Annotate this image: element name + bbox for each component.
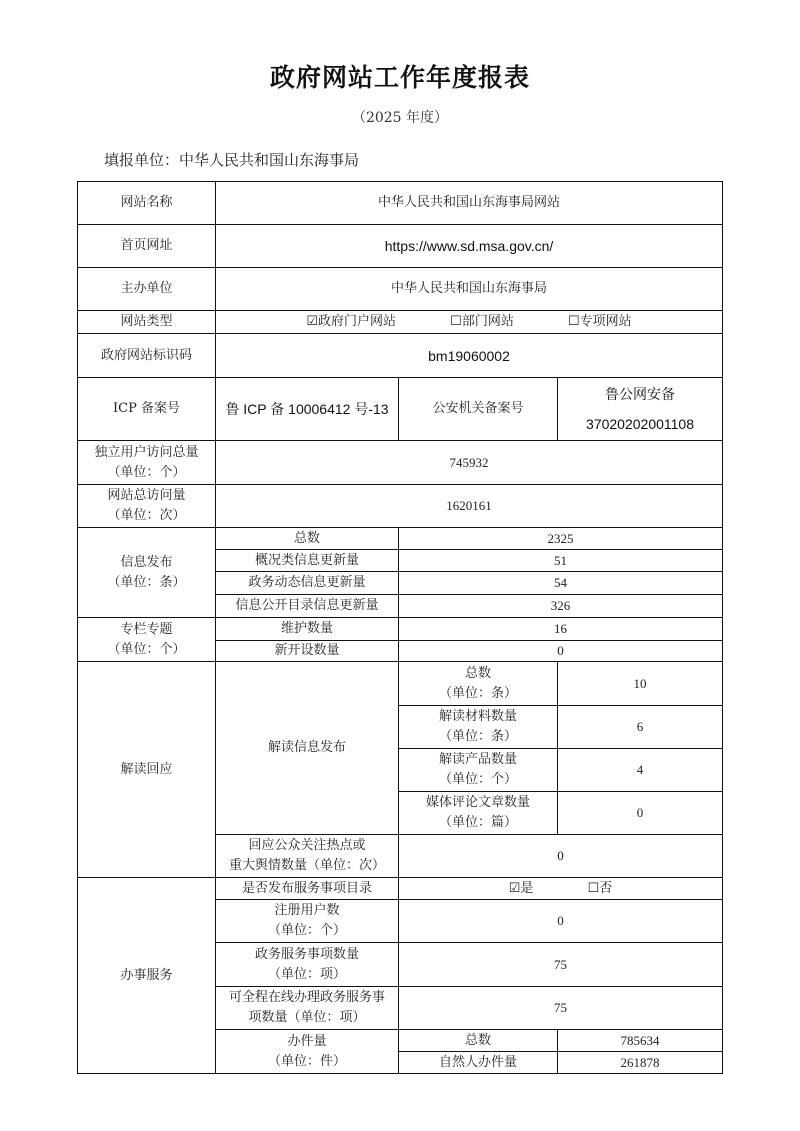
columns-row-label: 维护数量 bbox=[216, 618, 399, 641]
police-record-prefix: 鲁公网安备 bbox=[560, 379, 720, 409]
sponsor-value: 中华人民共和国山东海事局 bbox=[216, 268, 723, 311]
empty-box-icon: ☐ bbox=[588, 881, 600, 896]
info-row-label: 概况类信息更新量 bbox=[216, 550, 399, 572]
row-site-type: 网站类型 ☑政府门户网站 ☐部门网站 ☐专项网站 bbox=[78, 311, 723, 334]
service-items-value: 75 bbox=[399, 943, 723, 987]
interp-row-value: 4 bbox=[558, 749, 723, 792]
cases-row-value: 261878 bbox=[558, 1052, 723, 1074]
icp-label: ICP 备案号 bbox=[78, 378, 216, 441]
services-label: 办事服务 bbox=[78, 878, 216, 1074]
site-type-department-checkbox[interactable]: ☐部门网站 bbox=[450, 314, 514, 329]
info-row-value: 54 bbox=[399, 572, 723, 595]
homepage-label: 首页网址 bbox=[78, 225, 216, 268]
info-row-value: 51 bbox=[399, 550, 723, 572]
icp-value: 鲁 ICP 备 10006412 号-13 bbox=[216, 378, 399, 441]
interp-row-value: 6 bbox=[558, 706, 723, 749]
info-publish-label: 信息发布 （单位：条） bbox=[78, 528, 216, 618]
service-catalog-label: 是否发布服务事项目录 bbox=[216, 878, 399, 900]
interp-row-value: 10 bbox=[558, 662, 723, 706]
site-type-options: ☑政府门户网站 ☐部门网站 ☐专项网站 bbox=[216, 311, 723, 334]
info-row-label: 信息公开目录信息更新量 bbox=[216, 595, 399, 618]
registered-users-label: 注册用户数 （单位：个） bbox=[216, 900, 399, 943]
interp-row-value: 0 bbox=[558, 792, 723, 835]
online-items-value: 75 bbox=[399, 987, 723, 1030]
police-record-number: 37020202001108 bbox=[560, 409, 720, 439]
cases-row-label: 自然人办件量 bbox=[399, 1052, 558, 1074]
catalog-no-checkbox[interactable]: ☐否 bbox=[588, 881, 613, 896]
reporting-unit-line: 填报单位：中华人民共和国山东海事局 bbox=[104, 149, 359, 170]
info-row-label: 政务动态信息更新量 bbox=[216, 572, 399, 595]
site-type-special-checkbox[interactable]: ☐专项网站 bbox=[568, 314, 632, 329]
site-id-label: 政府网站标识码 bbox=[78, 334, 216, 378]
empty-box-icon: ☐ bbox=[568, 314, 580, 329]
catalog-yes-checkbox[interactable]: ☑是 bbox=[509, 881, 534, 896]
row-columns-maintained: 专栏专题 （单位：个） 维护数量 16 bbox=[78, 618, 723, 641]
sponsor-label: 主办单位 bbox=[78, 268, 216, 311]
row-site-id: 政府网站标识码 bm19060002 bbox=[78, 334, 723, 378]
row-unique-visitors: 独立用户访问总量 （单位：个） 745932 bbox=[78, 441, 723, 485]
cases-row-label: 总数 bbox=[399, 1030, 558, 1052]
info-row-value: 326 bbox=[399, 595, 723, 618]
unique-visitors-value: 745932 bbox=[216, 441, 723, 485]
columns-label: 专栏专题 （单位：个） bbox=[78, 618, 216, 662]
response-label: 回应公众关注热点或 重大舆情数量（单位：次） bbox=[216, 835, 399, 878]
interpretation-publish-label: 解读信息发布 bbox=[216, 662, 399, 835]
reporting-unit-value: 中华人民共和国山东海事局 bbox=[179, 151, 359, 169]
row-homepage: 首页网址 https://www.sd.msa.gov.cn/ bbox=[78, 225, 723, 268]
row-service-catalog: 办事服务 是否发布服务事项目录 ☑是 ☐否 bbox=[78, 878, 723, 900]
total-visits-label: 网站总访问量 （单位：次） bbox=[78, 485, 216, 528]
report-table: 网站名称 中华人民共和国山东海事局网站 首页网址 https://www.sd.… bbox=[77, 181, 723, 1074]
site-name-label: 网站名称 bbox=[78, 182, 216, 225]
cases-row-value: 785634 bbox=[558, 1030, 723, 1052]
empty-box-icon: ☐ bbox=[450, 314, 462, 329]
info-row-label: 总数 bbox=[216, 528, 399, 550]
site-type-portal-checkbox[interactable]: ☑政府门户网站 bbox=[306, 314, 396, 329]
checked-box-icon: ☑ bbox=[306, 314, 318, 329]
row-total-visits: 网站总访问量 （单位：次） 1620161 bbox=[78, 485, 723, 528]
interp-row-label: 解读材料数量 （单位：条） bbox=[399, 706, 558, 749]
homepage-value: https://www.sd.msa.gov.cn/ bbox=[216, 225, 723, 268]
row-icp: ICP 备案号 鲁 ICP 备 10006412 号-13 公安机关备案号 鲁公… bbox=[78, 378, 723, 441]
total-visits-value: 1620161 bbox=[216, 485, 723, 528]
report-title: 政府网站工作年度报表 bbox=[0, 58, 800, 94]
row-sponsor: 主办单位 中华人民共和国山东海事局 bbox=[78, 268, 723, 311]
columns-row-value: 16 bbox=[399, 618, 723, 641]
columns-row-value: 0 bbox=[399, 641, 723, 662]
interp-row-label: 总数 （单位：条） bbox=[399, 662, 558, 706]
row-interp-total: 解读回应 解读信息发布 总数 （单位：条） 10 bbox=[78, 662, 723, 706]
report-year: （2025 年度） bbox=[0, 107, 800, 127]
interp-row-label: 解读产品数量 （单位：个） bbox=[399, 749, 558, 792]
site-name-value: 中华人民共和国山东海事局网站 bbox=[216, 182, 723, 225]
response-value: 0 bbox=[399, 835, 723, 878]
unique-visitors-label: 独立用户访问总量 （单位：个） bbox=[78, 441, 216, 485]
interp-row-label: 媒体评论文章数量 （单位：篇） bbox=[399, 792, 558, 835]
interpretation-label: 解读回应 bbox=[78, 662, 216, 878]
service-items-label: 政务服务事项数量 （单位：项） bbox=[216, 943, 399, 987]
site-id-value: bm19060002 bbox=[216, 334, 723, 378]
cases-label: 办件量 （单位：件） bbox=[216, 1030, 399, 1074]
service-catalog-options: ☑是 ☐否 bbox=[399, 878, 723, 900]
reporting-unit-label: 填报单位： bbox=[104, 151, 179, 169]
police-record-value: 鲁公网安备 37020202001108 bbox=[558, 378, 723, 441]
checked-box-icon: ☑ bbox=[509, 881, 521, 896]
registered-users-value: 0 bbox=[399, 900, 723, 943]
online-items-label: 可全程在线办理政务服务事 项数量（单位：项） bbox=[216, 987, 399, 1030]
row-info-total: 信息发布 （单位：条） 总数 2325 bbox=[78, 528, 723, 550]
police-record-label: 公安机关备案号 bbox=[399, 378, 558, 441]
site-type-label: 网站类型 bbox=[78, 311, 216, 334]
info-row-value: 2325 bbox=[399, 528, 723, 550]
columns-row-label: 新开设数量 bbox=[216, 641, 399, 662]
row-site-name: 网站名称 中华人民共和国山东海事局网站 bbox=[78, 182, 723, 225]
